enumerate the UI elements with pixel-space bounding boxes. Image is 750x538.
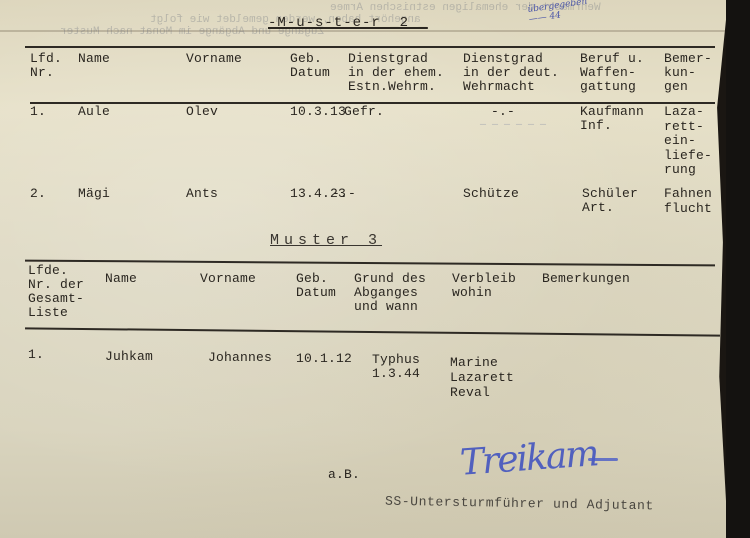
column-header-verbleib: wohin: [452, 286, 492, 300]
column-header-name: Name: [78, 52, 110, 66]
remarks: Laza-: [664, 105, 704, 119]
rank-german-army: -.-: [491, 105, 515, 119]
column-header-lfde: Nr. der: [28, 278, 84, 292]
surname: Juhkam: [105, 350, 153, 364]
remarks: rung: [664, 163, 696, 177]
table-rule: [25, 327, 720, 336]
signer-rank: SS-Untersturmführer und Adjutant: [385, 495, 654, 514]
profession-branch: Schüler: [582, 187, 638, 201]
column-header-bemerkungen: kun-: [664, 66, 696, 80]
faint-stamp: — — — — — —: [480, 120, 546, 131]
column-header-geb: Geb.: [296, 272, 328, 286]
column-header-dienstgrad-deut: in der deut.: [463, 66, 559, 80]
column-header-geb: Datum: [290, 66, 330, 80]
column-header-beruf: Waffen-: [580, 66, 636, 80]
column-header-bemerkungen: gen: [664, 80, 688, 94]
profession-branch: Inf.: [580, 119, 612, 133]
column-header-bemerkungen: Bemer-: [664, 52, 712, 66]
birth-date: 10.1.12: [296, 352, 352, 366]
rank-estonian-army: -.-: [332, 187, 356, 201]
document-page: Wehrmacht der ehemaligen estnischen Arme…: [0, 0, 728, 538]
profession-branch: Kaufmann: [580, 105, 644, 119]
remarks: flucht: [664, 202, 712, 216]
column-header-name: Name: [105, 272, 137, 286]
column-header-dienstgrad-deut: Dienstgrad: [463, 52, 543, 66]
column-header-beruf: Beruf u.: [580, 52, 644, 66]
remarks: liefe-: [664, 149, 712, 163]
departure-reason-date: Typhus: [372, 353, 420, 367]
ab-abbreviation: a.B.: [328, 468, 360, 482]
first-name: Johannes: [208, 351, 272, 365]
column-header-lfd: Nr.: [30, 66, 54, 80]
table-rule: [25, 260, 715, 267]
rank-german-army: Schütze: [463, 187, 519, 201]
handwritten-signature: Treikam: [459, 433, 599, 483]
surname: Aule: [78, 105, 110, 119]
first-name: Ants: [186, 187, 218, 201]
column-header-bemerkungen: Bemerkungen: [542, 272, 630, 286]
muster-3-title: Muster 3: [270, 232, 382, 249]
table-rule: [25, 46, 715, 48]
column-header-dienstgrad-ehem: Estn.Wehrm.: [348, 80, 436, 94]
birth-date: 10.3.13: [290, 105, 346, 119]
profession-branch: Art.: [582, 201, 614, 215]
remarks: ein-: [664, 134, 696, 148]
column-header-dienstgrad-deut: Wehrmacht: [463, 80, 535, 94]
first-name: Olev: [186, 105, 218, 119]
whereabouts: Marine: [450, 356, 498, 370]
remarks: Fahnen: [664, 187, 712, 201]
column-header-beruf: gattung: [580, 80, 636, 94]
column-header-grund: Abganges: [354, 286, 418, 300]
column-header-dienstgrad-ehem: Dienstgrad: [348, 52, 428, 66]
column-header-vorname: Vorname: [200, 272, 256, 286]
column-header-verbleib: Verbleib: [452, 272, 516, 286]
row-number: 2.: [30, 187, 46, 201]
row-number: 1.: [30, 105, 46, 119]
column-header-grund: Grund des: [354, 272, 426, 286]
signature-stroke: [588, 458, 618, 461]
remarks: rett-: [664, 120, 704, 134]
column-header-geb: Geb.: [290, 52, 322, 66]
whereabouts: Lazarett: [450, 371, 514, 385]
muster-2-title: -M-u-s-t-e-r _2 _: [268, 15, 428, 31]
departure-reason-date: 1.3.44: [372, 367, 420, 381]
rank-estonian-army: Gefr.: [344, 105, 384, 119]
column-header-lfde: Gesamt-: [28, 292, 84, 306]
column-header-dienstgrad-ehem: in der ehem.: [348, 66, 444, 80]
column-header-geb: Datum: [296, 286, 336, 300]
background-edge: [726, 0, 750, 538]
column-header-lfd: Lfd.: [30, 52, 62, 66]
row-number: 1.: [28, 348, 44, 362]
column-header-vorname: Vorname: [186, 52, 242, 66]
column-header-lfde: Liste: [28, 306, 68, 320]
column-header-lfde: Lfde.: [28, 264, 68, 278]
whereabouts: Reval: [450, 386, 490, 400]
column-header-grund: und wann: [354, 300, 418, 314]
surname: Mägi: [78, 187, 110, 201]
